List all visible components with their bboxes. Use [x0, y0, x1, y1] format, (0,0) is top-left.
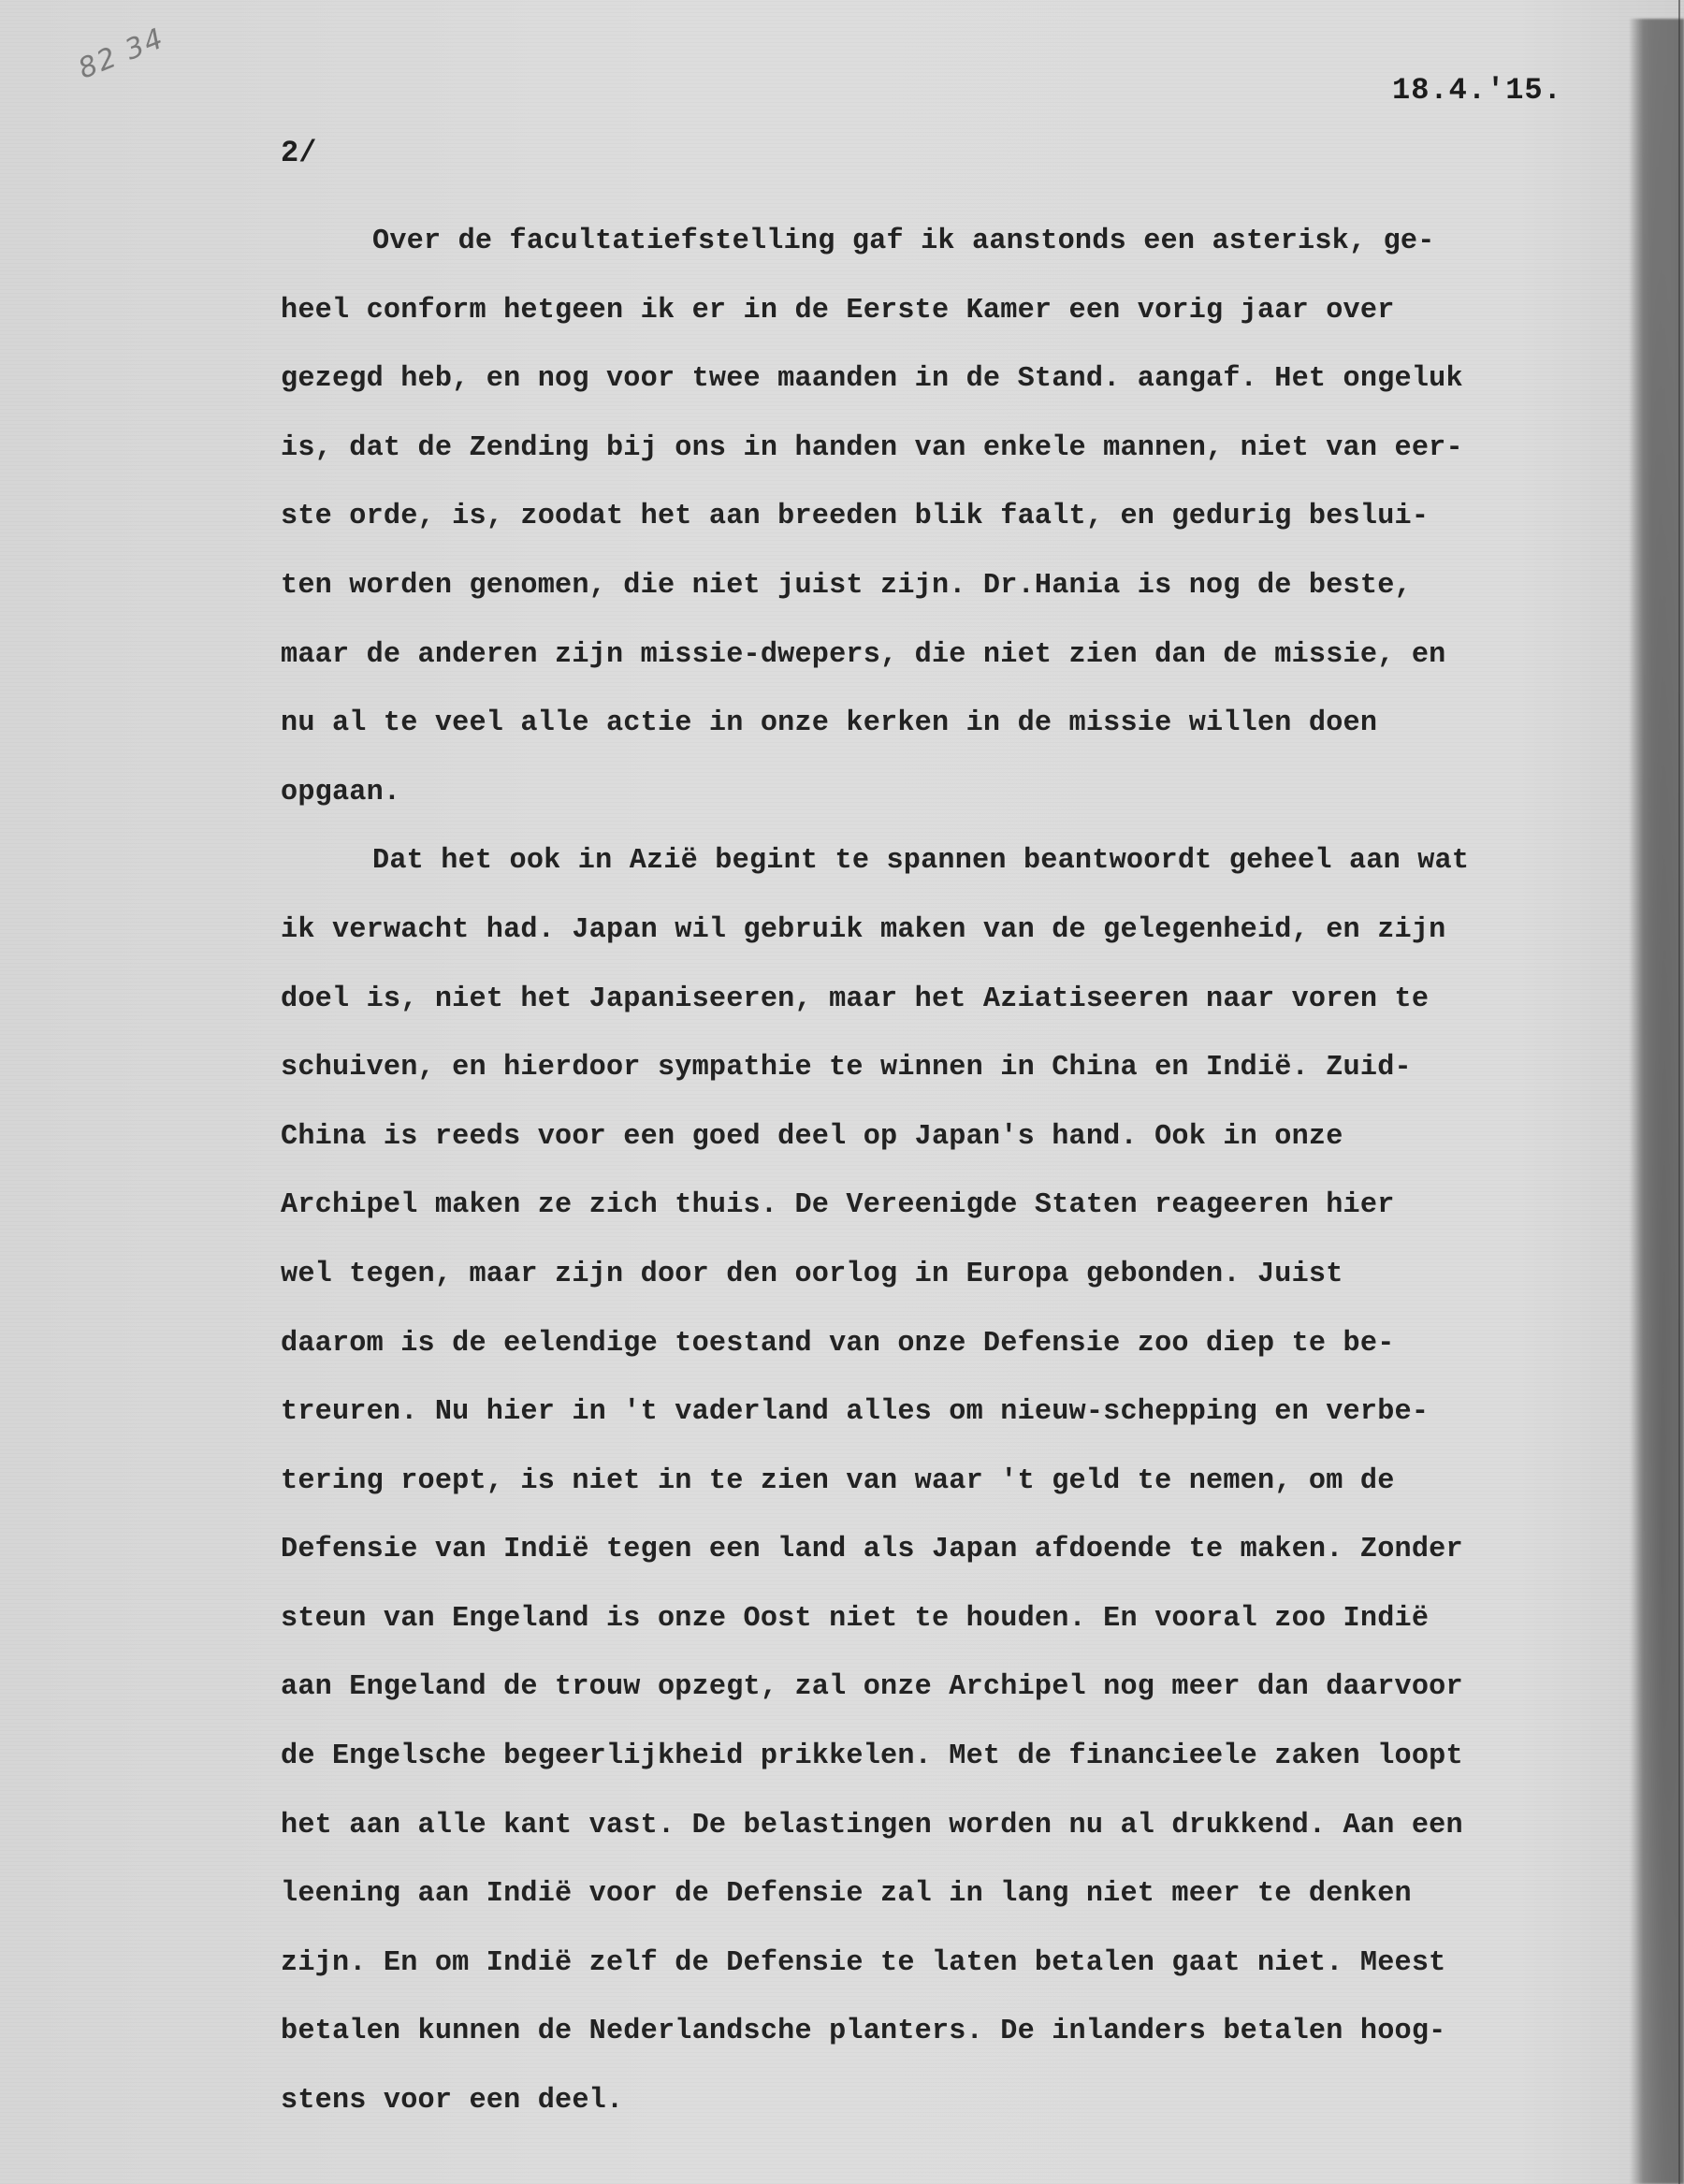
text-line: schuiven, en hierdoor sympathie te winne… — [281, 1034, 1647, 1103]
text-line: Archipel maken ze zich thuis. De Vereeni… — [281, 1172, 1647, 1241]
text-line: opgaan. — [281, 759, 1647, 828]
text-line: gezegd heb, en nog voor twee maanden in … — [281, 345, 1647, 415]
text-line: ste orde, is, zoodat het aan breeden bli… — [281, 483, 1647, 552]
text-line: Over de facultatiefstelling gaf ik aanst… — [281, 208, 1647, 277]
page-number: 2/ — [281, 136, 316, 170]
text-line: stens voor een deel. — [281, 2067, 1647, 2136]
text-line: daarom is de eelendige toestand van onze… — [281, 1310, 1647, 1379]
text-line: wel tegen, maar zijn door den oorlog in … — [281, 1241, 1647, 1310]
letter-body: Over de facultatiefstelling gaf ik aanst… — [281, 208, 1647, 2136]
page-edge-line — [1678, 0, 1680, 2184]
text-line: ik verwacht had. Japan wil gebruik maken… — [281, 896, 1647, 966]
text-line: leening aan Indië voor de Defensie zal i… — [281, 1860, 1647, 1929]
text-line: betalen kunnen de Nederlandsche planters… — [281, 1998, 1647, 2067]
text-line: heel conform hetgeen ik er in de Eerste … — [281, 277, 1647, 346]
text-line: maar de anderen zijn missie-dwepers, die… — [281, 621, 1647, 691]
text-line: Defensie van Indië tegen een land als Ja… — [281, 1516, 1647, 1585]
text-line: tering roept, is niet in te zien van waa… — [281, 1448, 1647, 1517]
text-line: zijn. En om Indië zelf de Defensie te la… — [281, 1929, 1647, 1999]
text-line: de Engelsche begeerlijkheid prikkelen. M… — [281, 1723, 1647, 1792]
handwritten-archive-mark: 82 34 — [74, 22, 169, 85]
text-line: aan Engeland de trouw opzegt, zal onze A… — [281, 1653, 1647, 1723]
paragraph-zending: Over de facultatiefstelling gaf ik aanst… — [281, 208, 1647, 827]
text-line: ten worden genomen, die niet juist zijn.… — [281, 552, 1647, 621]
text-line: is, dat de Zending bij ons in handen van… — [281, 415, 1647, 484]
text-line: het aan alle kant vast. De belastingen w… — [281, 1792, 1647, 1861]
text-line: China is reeds voor een goed deel op Jap… — [281, 1103, 1647, 1172]
paragraph-azie-defensie: Dat het ook in Azië begint te spannen be… — [281, 827, 1647, 2135]
letter-date: 18.4.'15. — [1392, 73, 1562, 108]
document-page: 82 34 18.4.'15. 2/ Over de facultatiefst… — [0, 0, 1684, 2184]
text-line: doel is, niet het Japaniseeren, maar het… — [281, 966, 1647, 1035]
text-line: steun van Engeland is onze Oost niet te … — [281, 1585, 1647, 1654]
text-line: nu al te veel alle actie in onze kerken … — [281, 690, 1647, 759]
text-line: treuren. Nu hier in 't vaderland alles o… — [281, 1378, 1647, 1448]
text-line: Dat het ook in Azië begint te spannen be… — [281, 827, 1647, 896]
